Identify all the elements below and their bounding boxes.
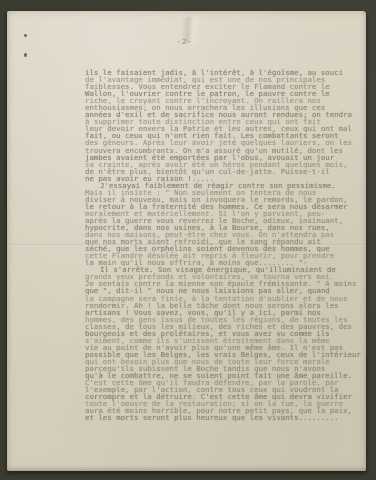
document-page: -2- ils le faisaient jadis, à l'intérêt,… <box>7 11 366 471</box>
text-line: et les morts seront plus heureux que les… <box>85 414 369 421</box>
paragraph: J'essayai faiblement de réagir contre so… <box>85 182 369 267</box>
page-number: -2- <box>177 37 192 46</box>
paper-speck <box>24 34 27 37</box>
scan-background: -2- ils le faisaient jadis, à l'intérêt,… <box>0 0 376 480</box>
typewritten-text: ils le faisaient jadis, à l'intérêt, à l… <box>85 69 369 421</box>
paragraph: Il s'arrête. Son visage énergique, qu'il… <box>85 266 369 421</box>
paper-crease-diagonal <box>102 7 274 54</box>
paper-speck <box>24 53 27 57</box>
paragraph: ils le faisaient jadis, à l'intérêt, à l… <box>85 69 369 182</box>
